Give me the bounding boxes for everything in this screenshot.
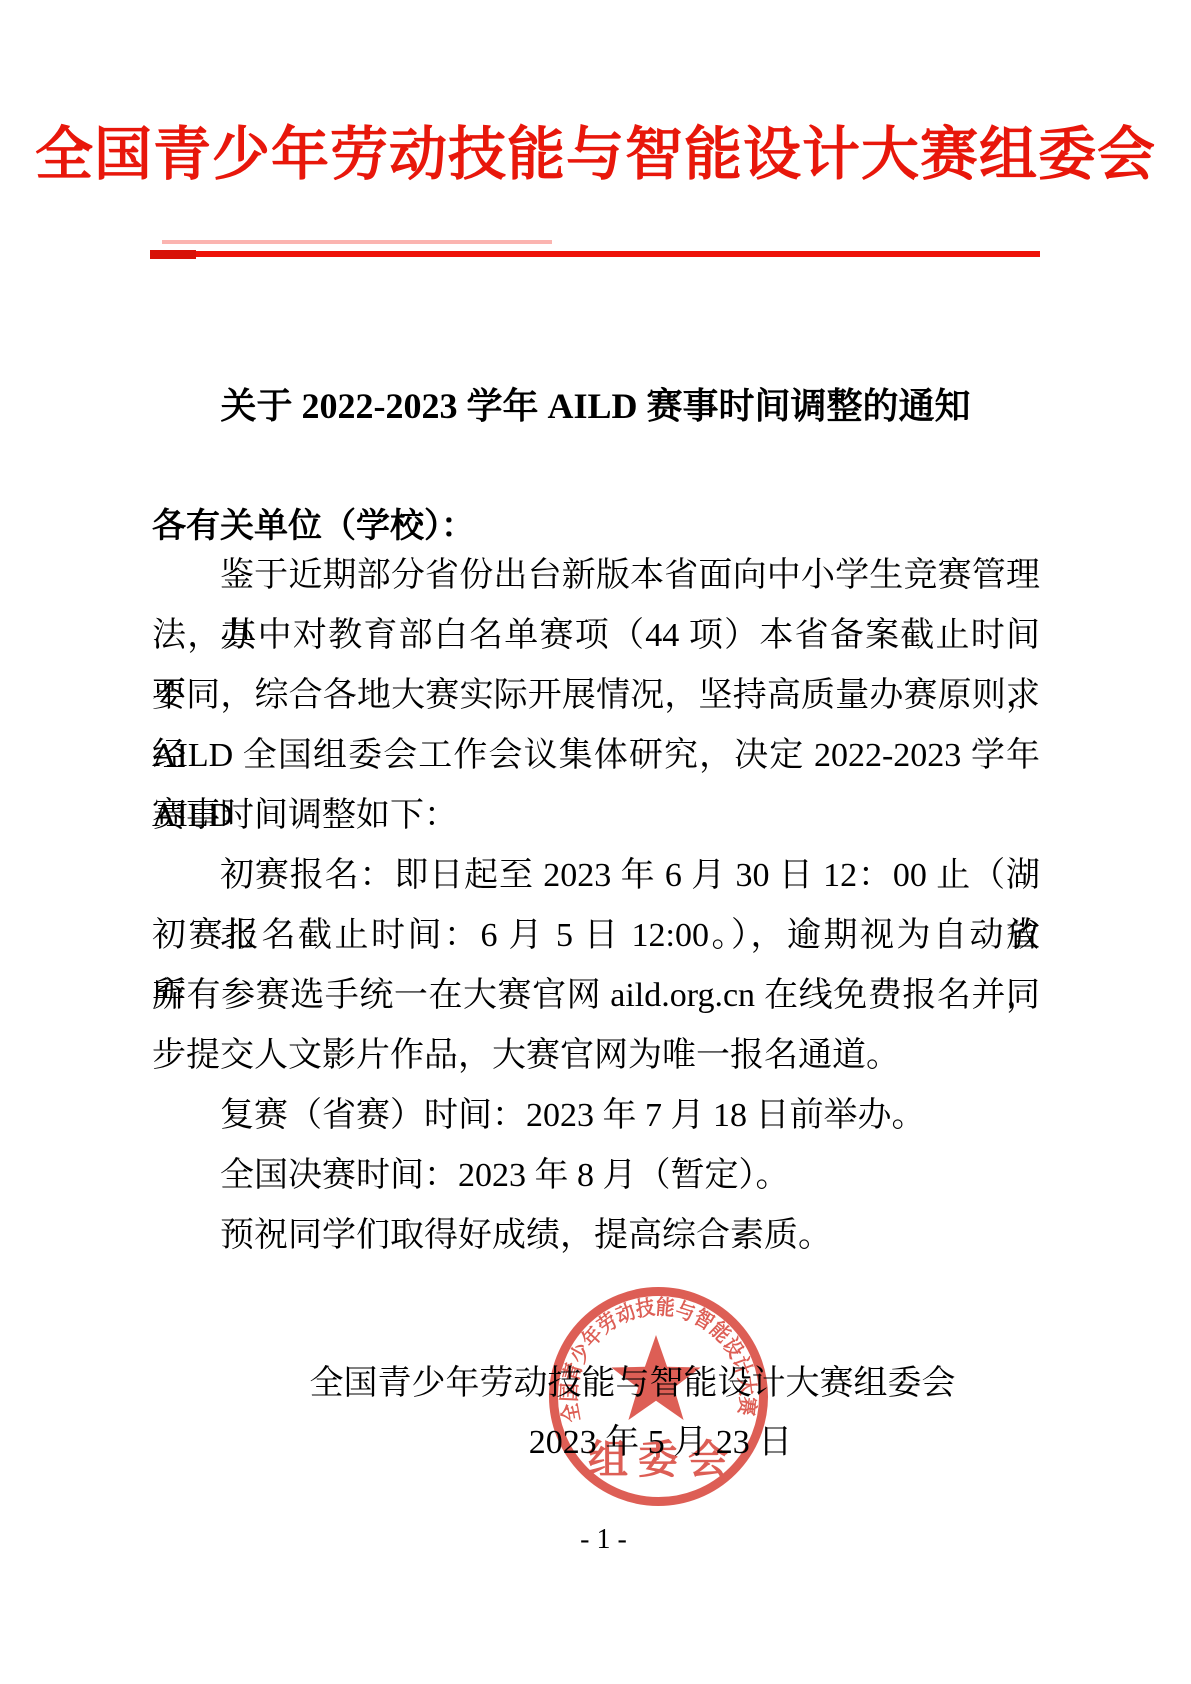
- letterhead-rule-nub: [150, 250, 196, 259]
- body-line: 不同，综合各地大赛实际开展情况，坚持高质量办赛原则，经: [152, 666, 1040, 726]
- body-line: AILD 全国组委会工作会议集体研究，决定 2022-2023 学年 AILD: [152, 726, 1040, 786]
- salutation: 各有关单位（学校）：: [152, 498, 475, 547]
- body-line: 赛事时间调整如下：: [152, 786, 1040, 846]
- body-line: 复赛（省赛）时间：2023 年 7 月 18 日前举办。: [152, 1086, 1040, 1146]
- seal-star-icon: [611, 1335, 700, 1420]
- body-line: 所有参赛选手统一在大赛官网 aild.org.cn 在线免费报名并同: [152, 966, 1040, 1026]
- body-line: 初赛报名：即日起至 2023 年 6 月 30 日 12：00 止（湖北省: [152, 846, 1040, 906]
- body-line: 法，其中对教育部白名单赛项（44 项）本省备案截止时间要求: [152, 606, 1040, 666]
- body-text: 鉴于近期部分省份出台新版本省面向中小学生竞赛管理办 法，其中对教育部白名单赛项（…: [152, 546, 1040, 1266]
- letterhead-rule-shadow: [162, 240, 552, 244]
- body-line: 初赛报名截止时间：6 月 5 日 12:00。），逾期视为自动放弃，: [152, 906, 1040, 966]
- body-line: 鉴于近期部分省份出台新版本省面向中小学生竞赛管理办: [152, 546, 1040, 606]
- notice-title: 关于 2022-2023 学年 AILD 赛事时间调整的通知: [0, 378, 1191, 429]
- document-page: 全国青少年劳动技能与智能设计大赛组委会 关于 2022-2023 学年 AILD…: [0, 0, 1191, 1684]
- body-line: 全国决赛时间：2023 年 8 月（暂定）。: [152, 1146, 1040, 1206]
- seal-bottom-text: 组委会: [588, 1438, 738, 1482]
- letterhead-rule: [150, 251, 1040, 257]
- body-line: 预祝同学们取得好成绩，提高综合素质。: [152, 1206, 1040, 1266]
- page-number: - 1 -: [0, 1524, 1191, 1556]
- body-line: 步提交人文影片作品，大赛官网为唯一报名通道。: [152, 1026, 1040, 1086]
- official-seal: 全国青少年劳动技能与智能设计大赛 组委会: [543, 1281, 774, 1512]
- letterhead-title: 全国青少年劳动技能与智能设计大赛组委会: [0, 118, 1191, 192]
